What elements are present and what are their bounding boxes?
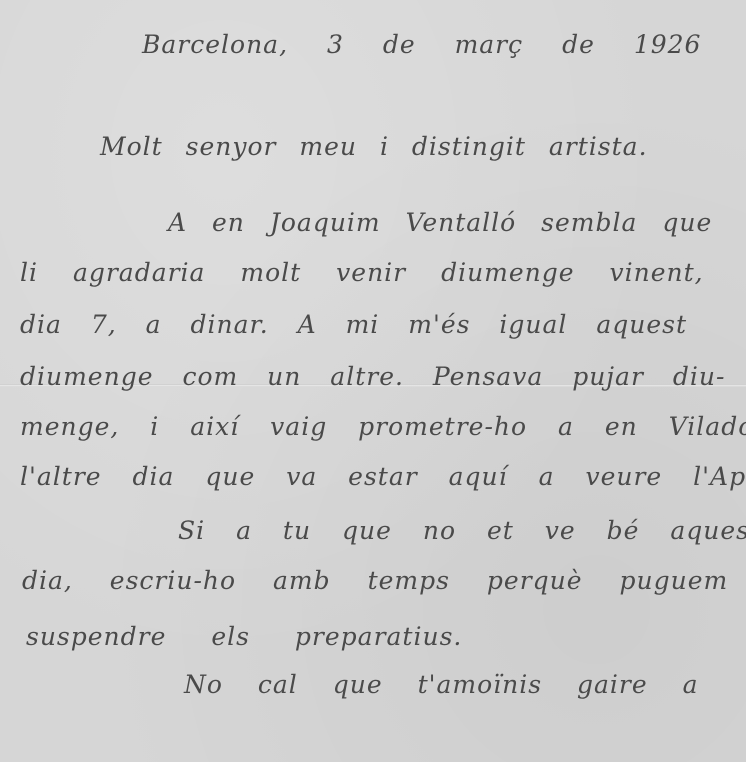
letter-line-5: menge, i així vaig prometre-ho a en Vila…	[20, 412, 746, 441]
letter-line-10: No cal que t'amoïnis gaire a	[184, 670, 699, 699]
letter-line-1: A en Joaquim Ventalló sembla que	[168, 208, 712, 237]
letter-line-3: dia 7, a dinar. A mi m'és igual aquest	[20, 310, 687, 339]
letter-line-4: diumenge com un altre. Pensava pujar diu…	[20, 362, 725, 391]
letter-line-7: Si a tu que no et ve bé aquest	[178, 516, 746, 545]
letter-page: Barcelona, 3 de març de 1926 Molt senyor…	[0, 0, 746, 762]
letter-line-6: l'altre dia que va estar aquí a veure l'…	[20, 462, 746, 491]
letter-salutation: Molt senyor meu i distingit artista.	[100, 132, 648, 161]
letter-line-8: dia, escriu-ho amb temps perquè puguem	[22, 566, 728, 595]
letter-line-2: li agradaria molt venir diumenge vinent,	[20, 258, 704, 287]
letter-line-9: suspendre els preparatius.	[26, 622, 462, 651]
letter-date: Barcelona, 3 de març de 1926	[142, 30, 701, 59]
